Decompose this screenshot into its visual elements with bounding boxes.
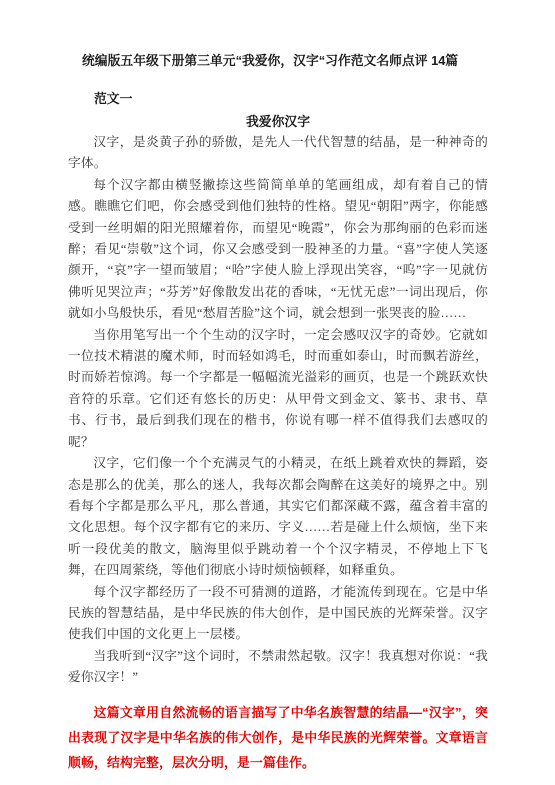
teacher-comment: 这篇文章用自然流畅的语言描写了中华名族智慧的结晶—“汉字”，突出表现了汉字是中华… [68,700,488,775]
essay-paragraph-2: 每个汉字都由横竖撇捺这些简简单单的笔画组成，却有着自己的情感。瞧瞧它们吧，你会感… [68,175,488,325]
document-title: 统编版五年级下册第三单元“我爱你，汉字“习作范文名师点评 14篇 [82,50,488,71]
essay-paragraph-1: 汉字，是炎黄子孙的骄傲，是先人一代代智慧的结晶，是一种神奇的字体。 [68,132,488,175]
essay-paragraph-4: 汉字，它们像一个个充满灵气的小精灵，在纸上跳着欢快的舞蹈，姿态是那么的优美，那么… [68,453,488,581]
essay-paragraph-5: 每个汉字都经历了一段不可猜测的道路，才能流传到现在。它是中华民族的智慧结晶，是中… [68,582,488,646]
essay-paragraph-6: 当我听到“汉字”这个词时，不禁肃然起敬。汉字！我真想对你说：“我爱你汉字！” [68,646,488,689]
essay-body: 汉字，是炎黄子孙的骄傲，是先人一代代智慧的结晶，是一种神奇的字体。 每个汉字都由… [68,132,488,689]
essay-paragraph-3: 当你用笔写出一个个生动的汉字时，一定会感叹汉字的奇妙。它就如一位技术精湛的魔术师… [68,325,488,453]
essay-title: 我爱你汉字 [68,111,488,132]
document-page: 统编版五年级下册第三单元“我爱你，汉字“习作范文名师点评 14篇 范文一 我爱你… [0,0,555,785]
section-label: 范文一 [94,88,488,109]
